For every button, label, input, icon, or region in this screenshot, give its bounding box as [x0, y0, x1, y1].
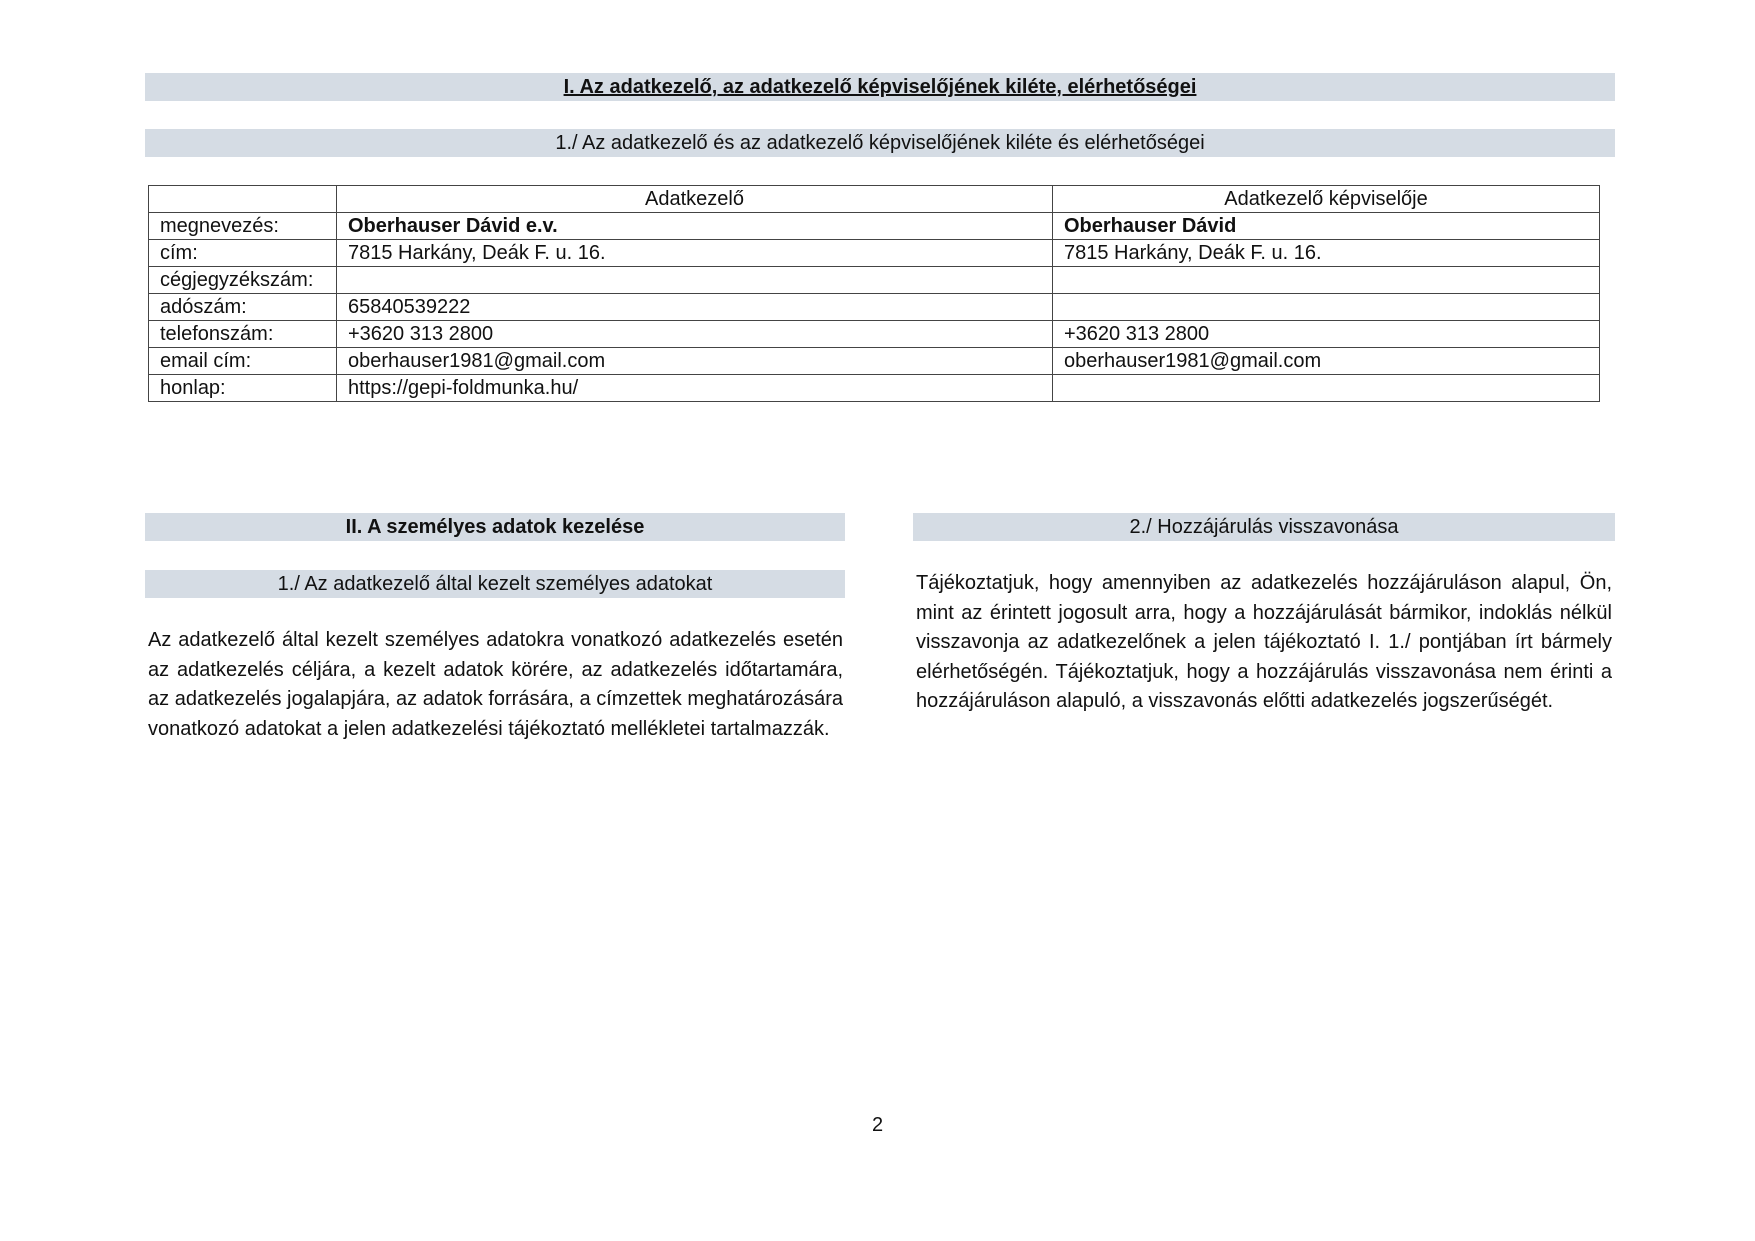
row-label: honlap:: [149, 375, 337, 402]
representative-value: 7815 Harkány, Deák F. u. 16.: [1053, 240, 1600, 267]
section-1-title: I. Az adatkezelő, az adatkezelő képvisel…: [564, 76, 1197, 98]
table-row: adószám: 65840539222: [149, 294, 1600, 321]
section-2-body: Az adatkezelő által kezelt személyes ada…: [148, 626, 843, 744]
table-row: cégjegyzékszám:: [149, 267, 1600, 294]
row-label: telefonszám:: [149, 321, 337, 348]
controller-value: oberhauser1981@gmail.com: [337, 348, 1053, 375]
representative-value: Oberhauser Dávid: [1053, 213, 1600, 240]
page-number: 2: [0, 1114, 1755, 1137]
controller-value: Oberhauser Dávid e.v.: [337, 213, 1053, 240]
table-header-row: Adatkezelő Adatkezelő képviselője: [149, 186, 1600, 213]
section-1-subheading: 1./ Az adatkezelő és az adatkezelő képvi…: [145, 129, 1615, 157]
representative-value: [1053, 375, 1600, 402]
controller-value: +3620 313 2800: [337, 321, 1053, 348]
controller-value: 7815 Harkány, Deák F. u. 16.: [337, 240, 1053, 267]
table-row: megnevezés: Oberhauser Dávid e.v. Oberha…: [149, 213, 1600, 240]
consent-withdrawal-title: 2./ Hozzájárulás visszavonása: [1129, 516, 1398, 538]
row-label: megnevezés:: [149, 213, 337, 240]
controller-info-table: Adatkezelő Adatkezelő képviselője megnev…: [148, 185, 1600, 402]
row-label: email cím:: [149, 348, 337, 375]
section-2-heading: II. A személyes adatok kezelése: [145, 513, 845, 541]
representative-value: [1053, 267, 1600, 294]
header-cell-representative: Adatkezelő képviselője: [1053, 186, 1600, 213]
table-row: cím: 7815 Harkány, Deák F. u. 16. 7815 H…: [149, 240, 1600, 267]
controller-value: [337, 267, 1053, 294]
representative-value: oberhauser1981@gmail.com: [1053, 348, 1600, 375]
consent-withdrawal-heading: 2./ Hozzájárulás visszavonása: [913, 513, 1615, 541]
header-cell-label: [149, 186, 337, 213]
representative-value: [1053, 294, 1600, 321]
section-1-subtitle: 1./ Az adatkezelő és az adatkezelő képvi…: [555, 132, 1204, 154]
section-2-subtitle: 1./ Az adatkezelő által kezelt személyes…: [278, 573, 713, 595]
controller-value: https://gepi-foldmunka.hu/: [337, 375, 1053, 402]
section-1-heading: I. Az adatkezelő, az adatkezelő képvisel…: [145, 73, 1615, 101]
header-cell-controller: Adatkezelő: [337, 186, 1053, 213]
section-2-title: II. A személyes adatok kezelése: [346, 516, 645, 538]
controller-value: 65840539222: [337, 294, 1053, 321]
table-row: email cím: oberhauser1981@gmail.com ober…: [149, 348, 1600, 375]
table-row: honlap: https://gepi-foldmunka.hu/: [149, 375, 1600, 402]
row-label: adószám:: [149, 294, 337, 321]
section-2-subheading: 1./ Az adatkezelő által kezelt személyes…: [145, 570, 845, 598]
row-label: cím:: [149, 240, 337, 267]
row-label: cégjegyzékszám:: [149, 267, 337, 294]
table-row: telefonszám: +3620 313 2800 +3620 313 28…: [149, 321, 1600, 348]
consent-withdrawal-body: Tájékoztatjuk, hogy amennyiben az adatke…: [916, 569, 1612, 717]
representative-value: +3620 313 2800: [1053, 321, 1600, 348]
